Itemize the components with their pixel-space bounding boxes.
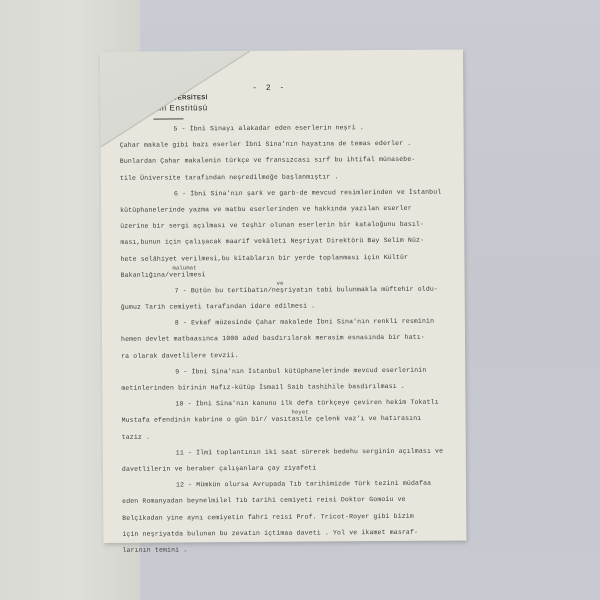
item-10-text: Mustafa efendinin kabrine o gün bir/ vas…: [122, 415, 422, 424]
document-page: T. C. İSTANBUL ÜNİVERSİTESİ Tıb Tarihi E…: [100, 49, 466, 543]
item-12-line: larının temini .: [122, 540, 457, 559]
handwritten-insertion: malumat: [172, 260, 196, 276]
handwritten-insertion: ve: [277, 276, 284, 292]
page-number: - 2 -: [252, 84, 286, 93]
document-body: 5 - İbni Sinayı alakadar eden eserlerin …: [119, 120, 457, 559]
handwritten-insertion: heyet: [291, 405, 308, 421]
fold-crease: [100, 51, 251, 147]
item-7-text: 7 - Bütün bu tertibatın/neşriyatın tabi …: [175, 286, 438, 295]
